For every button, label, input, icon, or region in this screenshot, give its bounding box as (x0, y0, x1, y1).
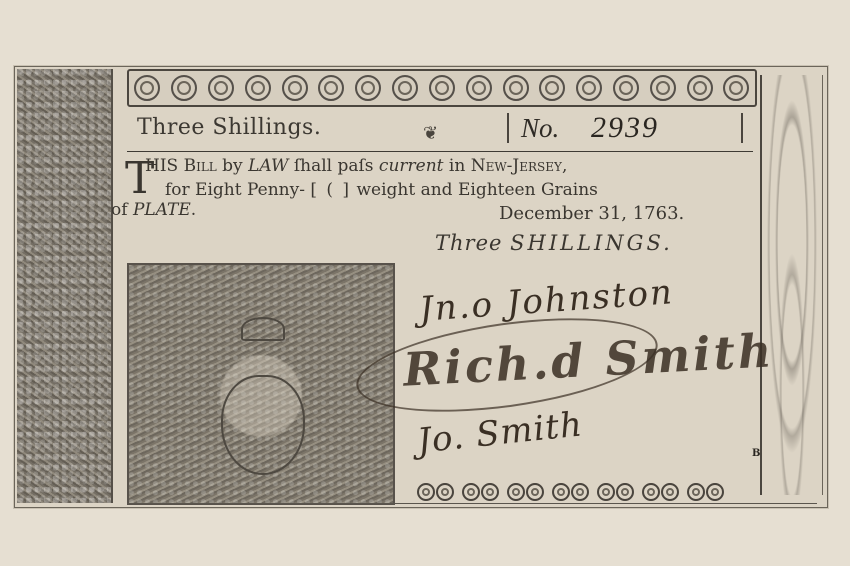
scroll-ornament-icon (723, 75, 749, 101)
scroll-ornament-icon (355, 75, 381, 101)
scroll-ornament-icon (466, 75, 492, 101)
denomination-words: Three SHILLINGS. (435, 231, 673, 255)
text-fragment: of (111, 200, 133, 220)
text-fragment: HIS (145, 156, 184, 176)
plate-letter: B (752, 448, 760, 459)
scroll-ornament-icon (171, 75, 197, 101)
legend-line-2: for Eight Penny- [ ( ] weight and Eighte… (165, 179, 598, 201)
text-fragment: PLATE (133, 200, 191, 220)
issue-date: December 31, 1763. (499, 203, 684, 225)
scroll-ornament-icon (650, 75, 676, 101)
text-fragment: current (379, 156, 444, 176)
scroll-ornament-icon (245, 75, 271, 101)
coat-of-arms-engraving (127, 263, 395, 505)
scroll-pair-icon (417, 483, 454, 501)
scroll-pair-icon (462, 483, 499, 501)
top-ornamental-border (127, 69, 757, 107)
text-fragment: in (444, 156, 471, 176)
legend-line-3: of PLATE. (111, 199, 196, 221)
text-fragment: LAW (248, 156, 288, 176)
shield-icon (221, 375, 305, 475)
scroll-ornament-icon (134, 75, 160, 101)
text-fragment: for Eight Penny- (165, 180, 310, 200)
bottom-rule (127, 503, 817, 504)
serial-number-box: No. 2939 (507, 113, 743, 143)
scroll-pair-icon (642, 483, 679, 501)
text-fragment: Bill (184, 156, 217, 176)
scroll-pair-icon (552, 483, 589, 501)
text-fragment: . (191, 200, 196, 220)
legend-line-1: HIS Bill by LAW ſhall paſs current in Ne… (145, 155, 567, 177)
denomination-word: Three (435, 231, 502, 255)
text-fragment: by (217, 156, 248, 176)
serial-number: 2939 (591, 111, 659, 145)
scroll-ornament-icon (208, 75, 234, 101)
scroll-ornament-icon (687, 75, 713, 101)
scroll-pair-icon (597, 483, 634, 501)
scroll-ornament-icon (576, 75, 602, 101)
bottom-ornamental-border (417, 481, 769, 503)
crown-icon (241, 317, 285, 341)
banknote: Three Shillings. ❦ No. 2939 T HIS Bill b… (14, 66, 828, 508)
scroll-ornament-icon (613, 75, 639, 101)
header-row: Three Shillings. ❦ No. 2939 (127, 111, 753, 152)
scroll-ornament-icon (318, 75, 344, 101)
bracket-mark: [ ( ] (310, 180, 351, 200)
scroll-ornament-icon (429, 75, 455, 101)
left-engraved-border (17, 69, 113, 503)
text-fragment: , (562, 156, 567, 176)
place-name: New-Jersey (471, 156, 562, 176)
denomination-title: Three Shillings. (137, 115, 321, 140)
scroll-pair-icon (507, 483, 544, 501)
serial-label: No. (521, 113, 559, 144)
scroll-ornament-icon (503, 75, 529, 101)
scroll-pair-icon (687, 483, 724, 501)
signatures-area: Jn.o Johnston Rich.d Smith Jo. Smith (395, 263, 795, 463)
scroll-ornament-icon (392, 75, 418, 101)
text-fragment: weight and Eighteen Grains (351, 180, 598, 200)
scroll-ornament-icon (539, 75, 565, 101)
scroll-ornament-icon (282, 75, 308, 101)
text-fragment: ſhall paſs (288, 156, 379, 176)
leaf-ornament-icon: ❦ (423, 123, 438, 144)
denomination-word: SHILLINGS. (510, 231, 673, 255)
signature-3: Jo. Smith (415, 404, 584, 461)
